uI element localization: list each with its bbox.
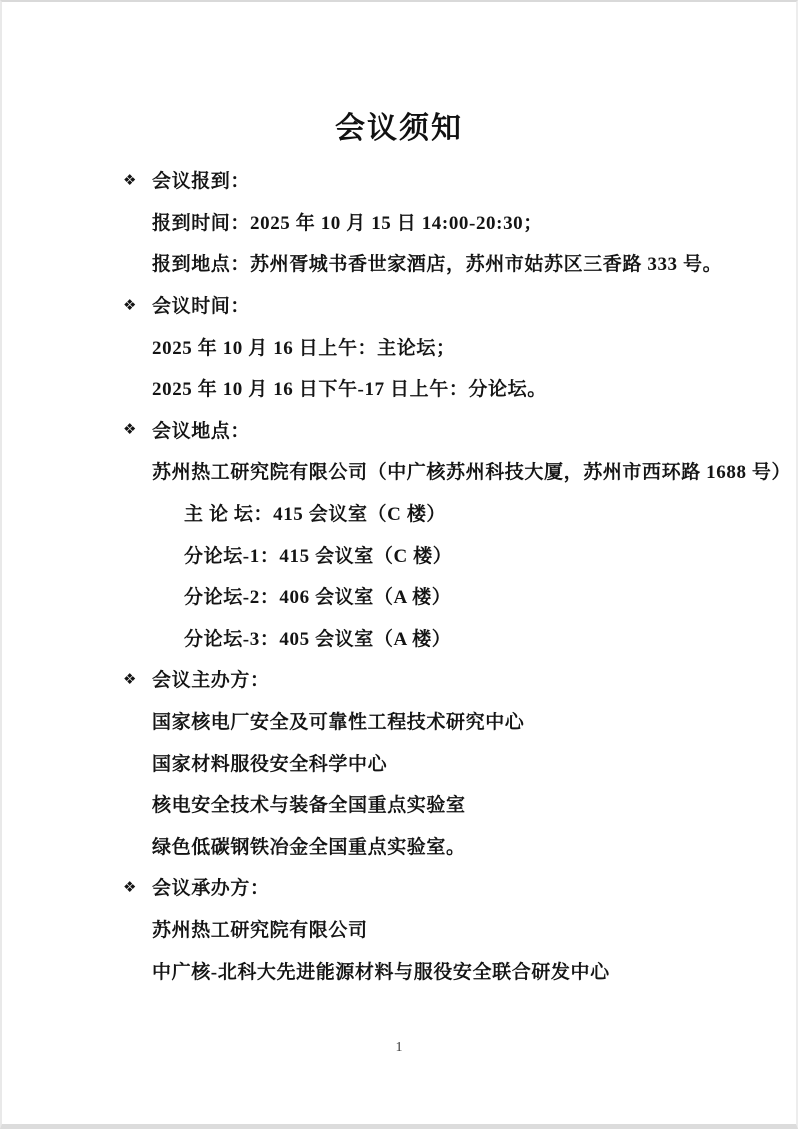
diamond-bullet-icon: ❖ [123, 670, 137, 688]
doc-line-venue-subforum-2: 分论坛-2：406 会议室（A 楼） [2, 575, 796, 617]
doc-line: 报到地点：苏州胥城书香世家酒店，苏州市姑苏区三香路 333 号。 [2, 242, 796, 284]
doc-line-venue-subforum-3: 分论坛-3：405 会议室（A 楼） [2, 617, 796, 659]
doc-line-venue-main-forum: 主 论 坛：415 会议室（C 楼） [2, 492, 796, 534]
doc-line: 报到时间：2025 年 10 月 15 日 14:00-20:30； [2, 201, 796, 243]
doc-line: 核电安全技术与装备全国重点实验室 [2, 783, 796, 825]
section-heading-label: 会议承办方： [152, 873, 270, 900]
section-heading-hosts: ❖ 会议主办方： [2, 658, 796, 700]
doc-line: 苏州热工研究院有限公司（中广核苏州科技大厦，苏州市西环路 1688 号） [2, 450, 796, 492]
doc-line-venue-subforum-1: 分论坛-1：415 会议室（C 楼） [2, 533, 796, 575]
doc-line: 中广核-北科大先进能源材料与服役安全联合研发中心 [2, 949, 796, 991]
doc-line: 绿色低碳钢铁冶金全国重点实验室。 [2, 825, 796, 867]
doc-line: 国家材料服役安全科学中心 [2, 741, 796, 783]
diamond-bullet-icon: ❖ [123, 420, 137, 438]
section-heading-venue: ❖ 会议地点： [2, 409, 796, 451]
section-heading-label: 会议地点： [152, 416, 250, 443]
document-body: ❖ 会议报到： 报到时间：2025 年 10 月 15 日 14:00-20:3… [2, 159, 796, 991]
diamond-bullet-icon: ❖ [123, 878, 137, 896]
doc-line: 国家核电厂安全及可靠性工程技术研究中心 [2, 700, 796, 742]
doc-line: 苏州热工研究院有限公司 [2, 908, 796, 950]
section-heading-label: 会议报到： [152, 166, 250, 193]
section-heading-label: 会议时间： [152, 291, 250, 318]
page-title: 会议须知 [2, 103, 796, 147]
diamond-bullet-icon: ❖ [123, 171, 137, 189]
diamond-bullet-icon: ❖ [123, 296, 137, 314]
page-number: 1 [2, 1040, 796, 1056]
section-heading-organizers: ❖ 会议承办方： [2, 866, 796, 908]
section-heading-label: 会议主办方： [152, 665, 270, 692]
section-heading-time: ❖ 会议时间： [2, 284, 796, 326]
section-heading-registration: ❖ 会议报到： [2, 159, 796, 201]
doc-line: 2025 年 10 月 16 日上午：主论坛； [2, 325, 796, 367]
doc-line: 2025 年 10 月 16 日下午-17 日上午：分论坛。 [2, 367, 796, 409]
document-page: 会议须知 ❖ 会议报到： 报到时间：2025 年 10 月 15 日 14:00… [0, 0, 798, 1129]
